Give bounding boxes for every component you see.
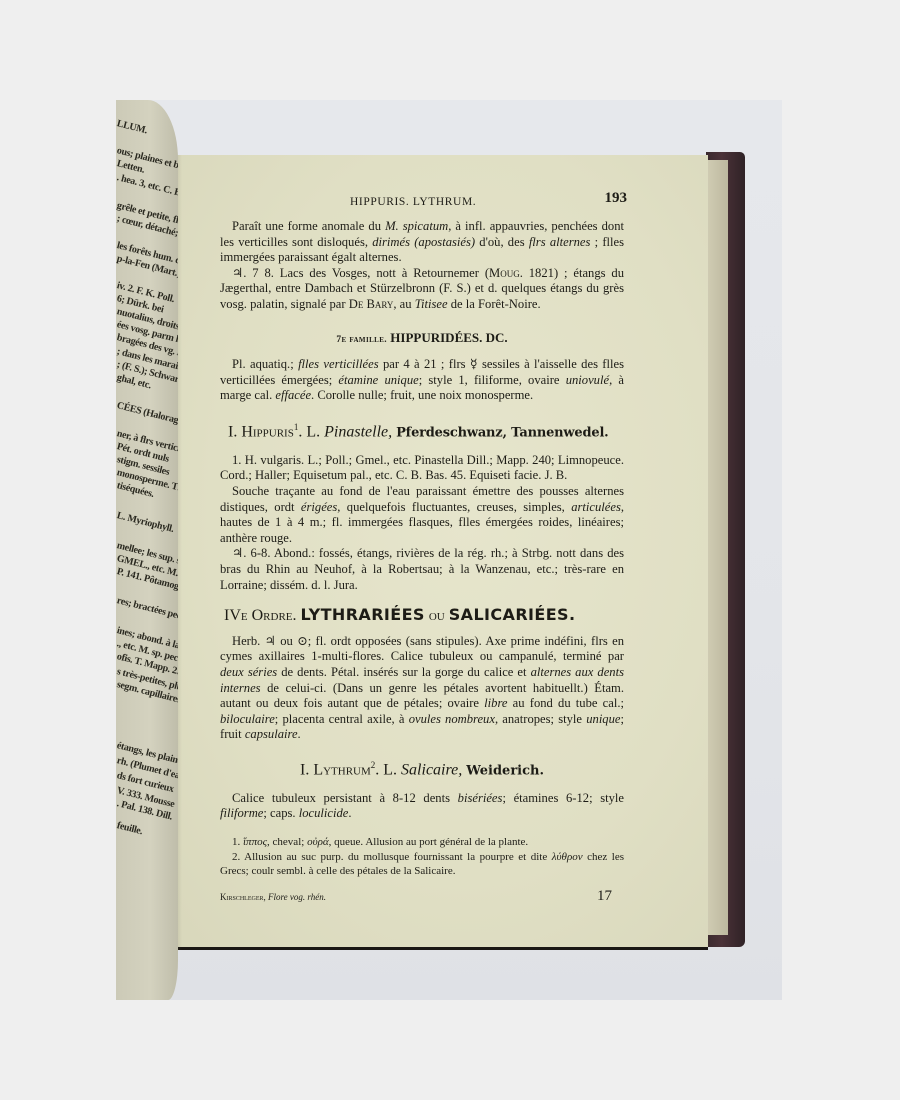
running-head-title: HIPPURIS. LYTHRUM. xyxy=(350,195,476,211)
book-photo: HIPPURIS. LYTHRUM. 193 Paraît une forme … xyxy=(116,100,782,1000)
footnotes: 1. ἵππος, cheval; οὐρά, queue. Allusion … xyxy=(220,835,624,879)
left-page-text-fragment: res; bractées pectin. xyxy=(116,595,178,625)
genus-lythrum-description: Calice tubuleux persistant à 8-12 dents … xyxy=(220,791,624,822)
family-description: Pl. aquatiq.; flles verticillées par 4 à… xyxy=(220,357,624,404)
left-page-text-fragment: . hea. 3, etc. C. B. xyxy=(116,172,178,199)
footnote-1: 1. ἵππος, cheval; οὐρά, queue. Allusion … xyxy=(220,835,624,850)
genus-heading-hippuris: I. Hippuris1. L. Pinastelle, Pferdeschwa… xyxy=(228,420,624,441)
left-page-curl: LLUM.ous; plaines et bois,Letten.. hea. … xyxy=(116,100,178,1000)
left-page-text-fragment: LLUM. xyxy=(116,118,148,136)
intro-habitat: ♃. 7 8. Lacs des Vosges, nott à Retourne… xyxy=(220,266,624,313)
family-heading: 7e famille. HIPPURIDÉES. DC. xyxy=(220,330,624,349)
page-edges xyxy=(708,160,728,935)
species-habitat: ♃. 6-8. Abond.: fossés, étangs, rivières… xyxy=(220,546,624,593)
species-description: Souche traçante au fond de l'eau paraiss… xyxy=(220,484,624,546)
footnote-2: 2. Allusion au suc purp. du mollusque fo… xyxy=(220,850,624,879)
left-page-text-fragment: CÉES (Halorage xyxy=(116,400,178,427)
intro-paragraph: Paraît une forme anomale du M. spicatum,… xyxy=(220,219,624,266)
order-heading: IVe Ordre. LYTHRARIÉES ou SALICARIÉES. xyxy=(224,607,624,624)
signature-line: Kirschleger, Flore vog. rhén. xyxy=(220,892,326,902)
running-head: HIPPURIS. LYTHRUM. 193 xyxy=(220,193,624,213)
signature-number: 17 xyxy=(597,888,612,905)
left-page-text-fragment: feuille. xyxy=(116,820,144,837)
species-synonymy: 1. H. vulgaris. L.; Poll.; Gmel., etc. P… xyxy=(220,453,624,484)
left-page-text-fragment: L. Myriophyll. xyxy=(116,510,175,535)
page-content: HIPPURIS. LYTHRUM. 193 Paraît une forme … xyxy=(220,193,624,879)
right-page: HIPPURIS. LYTHRUM. 193 Paraît une forme … xyxy=(168,155,708,950)
page-footer: Kirschleger, Flore vog. rhén. 17 xyxy=(220,888,624,906)
order-description: Herb. ♃ ou ⊙; fl. ordt opposées (sans st… xyxy=(220,634,624,743)
page-number: 193 xyxy=(605,191,628,207)
genus-heading-lythrum: I. Lythrum2. L. Salicaire, Weiderich. xyxy=(220,758,624,779)
